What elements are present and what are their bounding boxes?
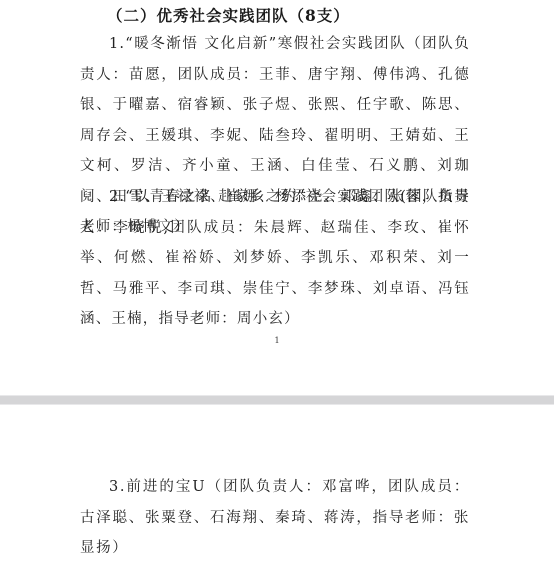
section-heading: （二）优秀社会实践团队（8支） bbox=[107, 4, 350, 26]
page-number: 1 bbox=[0, 336, 554, 345]
document-page-2: 3.前进的宝U（团队负责人：邓富哗，团队成员：古泽聪、张粟登、石海翔、秦琦、蒋涛… bbox=[0, 405, 554, 529]
team-entry-3: 3.前进的宝U（团队负责人：邓富哗，团队成员：古泽聪、张粟登、石海翔、秦琦、蒋涛… bbox=[80, 472, 470, 529]
team-entry-2: 2.“以青春之名 赴家乡之约”社会实践团队(团队负责人：李晓悦,团队成员：朱晨辉… bbox=[80, 182, 470, 335]
page-separator bbox=[0, 395, 554, 405]
document-page-1: （二）优秀社会实践团队（8支） 1.“暖冬渐悟 文化启新”寒假社会实践团队（团队… bbox=[0, 0, 554, 395]
